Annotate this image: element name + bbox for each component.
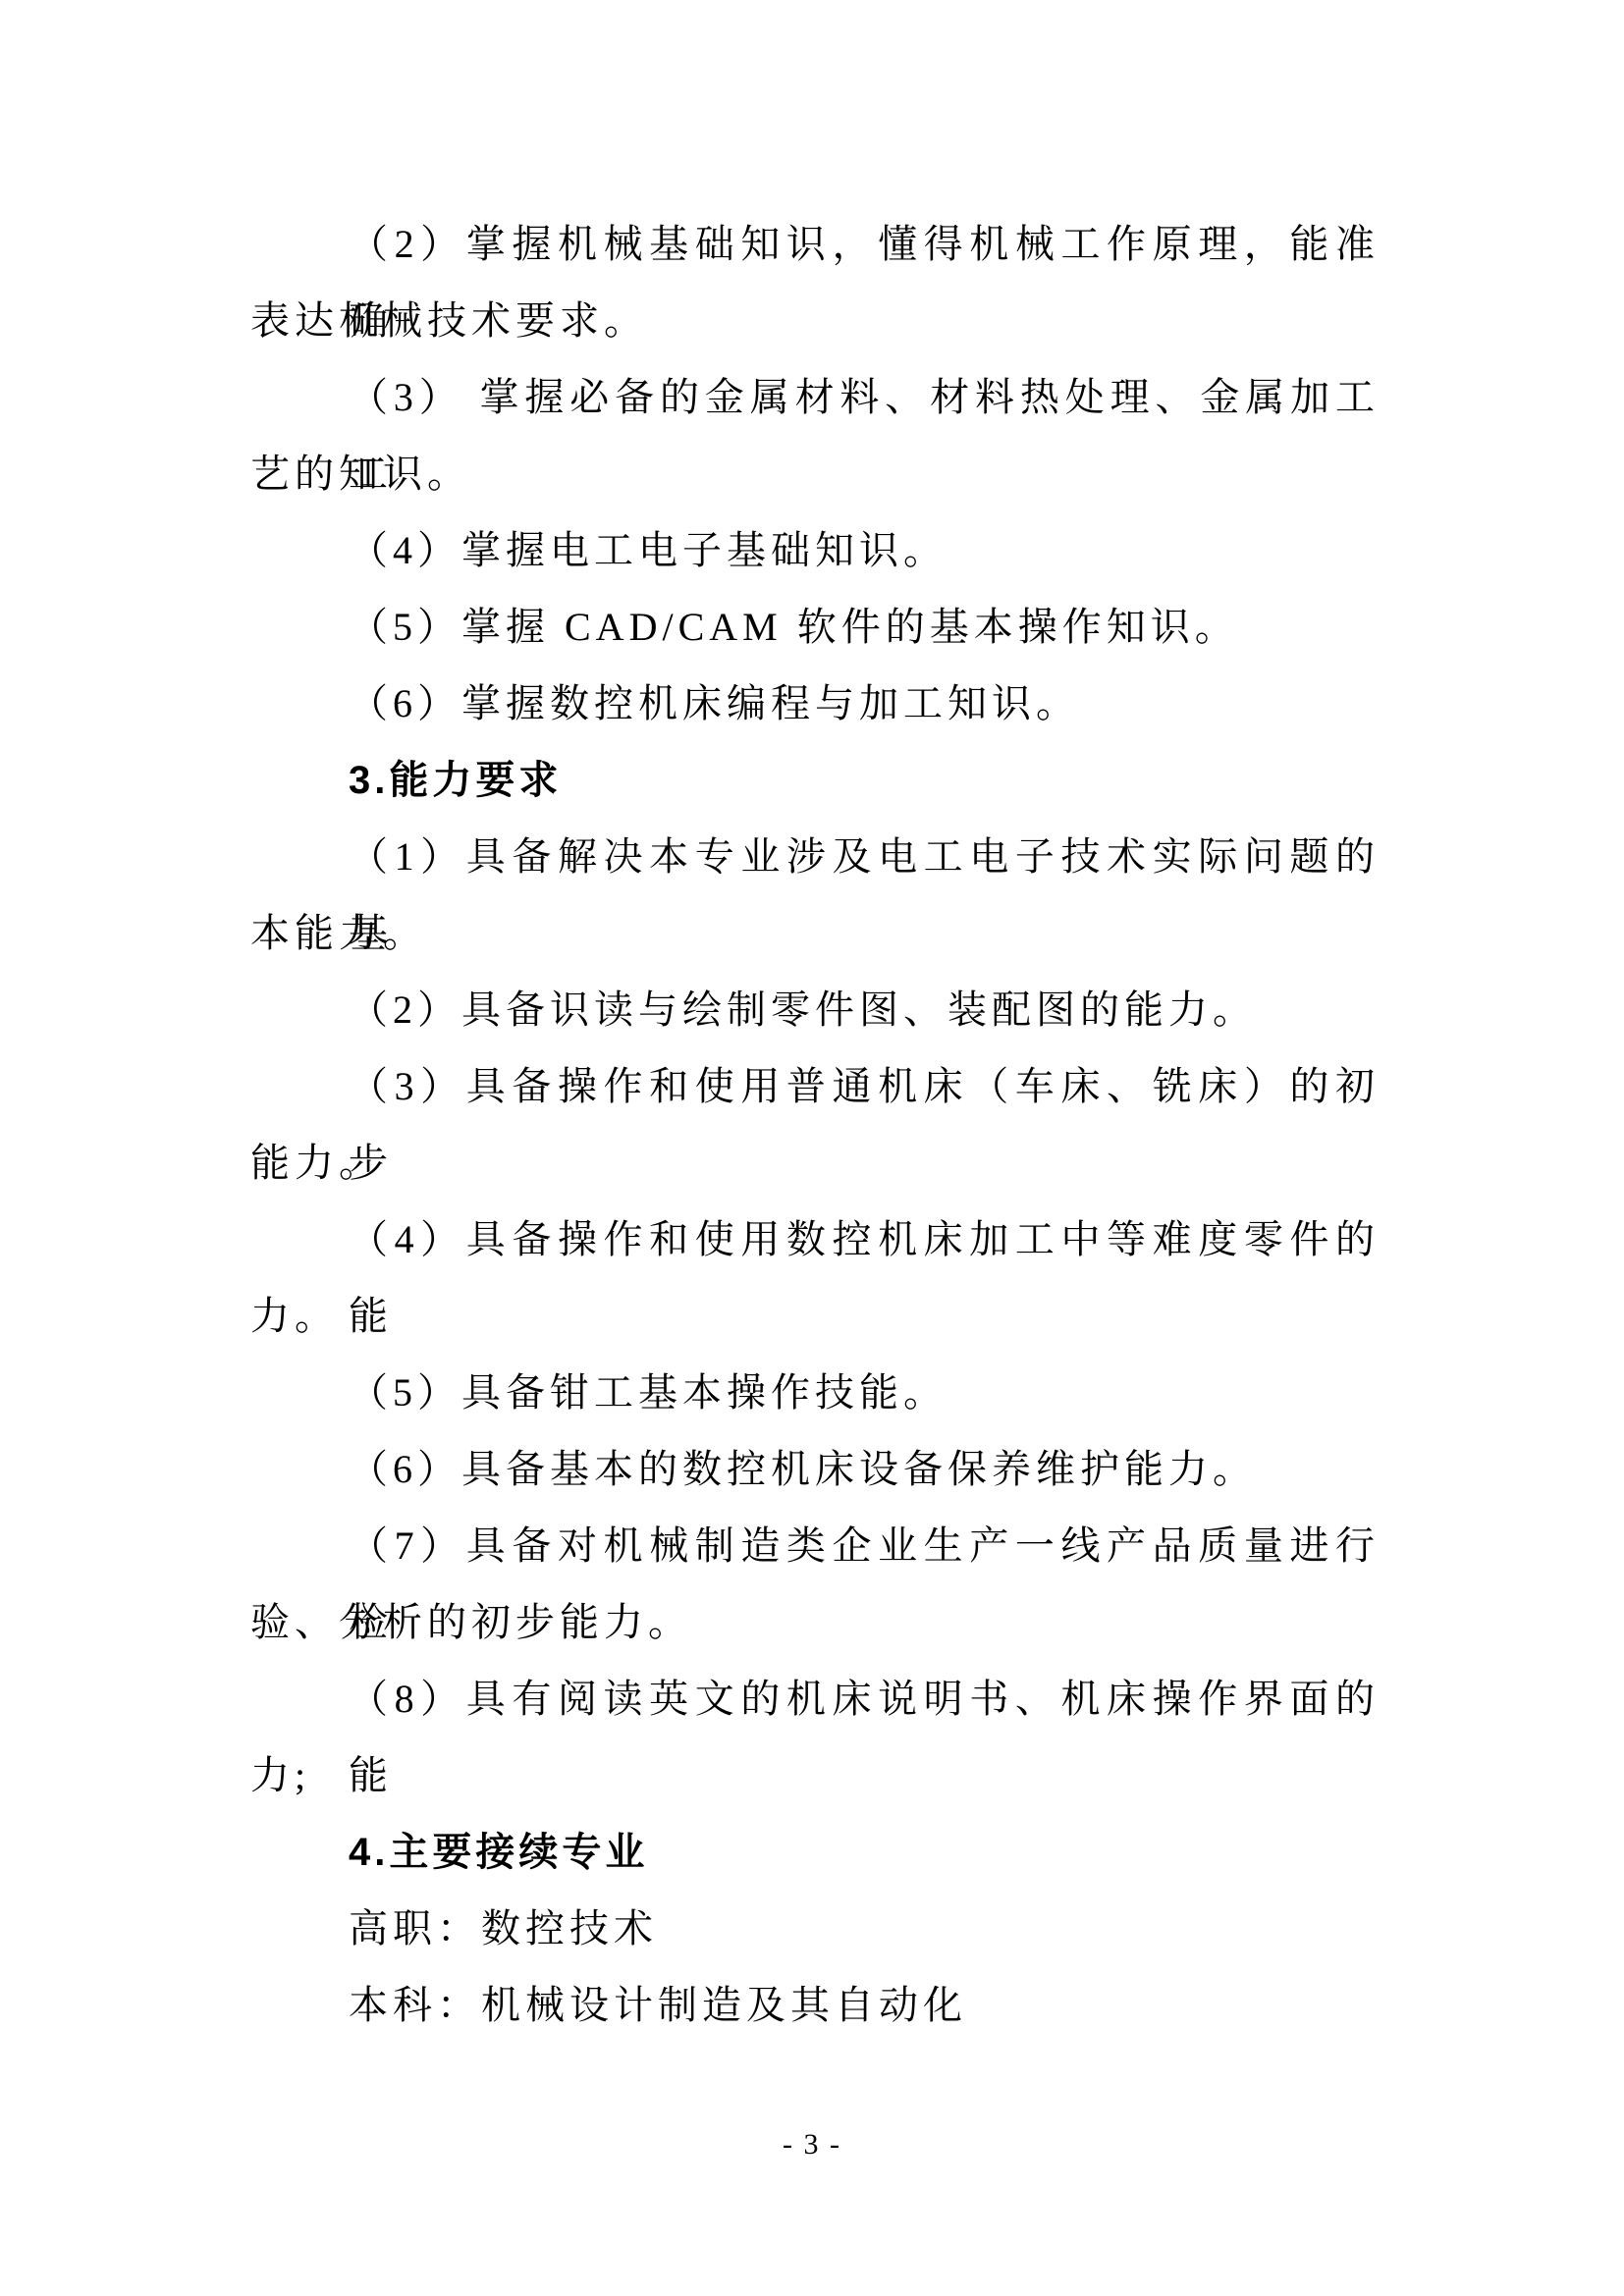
section-heading: 4.主要接续专业 xyxy=(250,1814,1380,1891)
document-line: 本科：机械设计制造及其自动化 xyxy=(250,1967,1380,2044)
document-line: （3） 掌握必备的金属材料、材料热处理、金属加工工 xyxy=(250,359,1380,436)
document-line: 本能力。 xyxy=(250,895,1380,972)
document-line: 力。 xyxy=(250,1278,1380,1355)
document-line: （3）具备操作和使用普通机床（车床、铣床）的初步 xyxy=(250,1048,1380,1125)
document-line: （7）具备对机械制造类企业生产一线产品质量进行检 xyxy=(250,1508,1380,1584)
document-line: 高职：数控技术 xyxy=(250,1891,1380,1967)
document-line: （8）具有阅读英文的机床说明书、机床操作界面的能 xyxy=(250,1661,1380,1737)
document-line: 艺的知识。 xyxy=(250,436,1380,512)
document-line: 力; xyxy=(250,1737,1380,1814)
document-body: （2）掌握机械基础知识，懂得机械工作原理，能准确表达机械技术要求。（3） 掌握必… xyxy=(250,206,1380,2044)
page-footer: - 3 - xyxy=(0,2128,1624,2162)
document-line: （5）掌握 CAD/CAM 软件的基本操作知识。 xyxy=(250,589,1380,666)
document-line: （2）具备识读与绘制零件图、装配图的能力。 xyxy=(250,972,1380,1048)
document-line: （6）掌握数控机床编程与加工知识。 xyxy=(250,666,1380,742)
document-line: （4）掌握电工电子基础知识。 xyxy=(250,512,1380,589)
document-line: （5）具备钳工基本操作技能。 xyxy=(250,1355,1380,1431)
document-line: 表达机械技术要求。 xyxy=(250,283,1380,359)
document-line: （1）具备解决本专业涉及电工电子技术实际问题的基 xyxy=(250,819,1380,895)
document-line: （4）具备操作和使用数控机床加工中等难度零件的能 xyxy=(250,1201,1380,1278)
document-line: 验、分析的初步能力。 xyxy=(250,1584,1380,1661)
document-page: （2）掌握机械基础知识，懂得机械工作原理，能准确表达机械技术要求。（3） 掌握必… xyxy=(0,0,1624,2296)
document-line: （2）掌握机械基础知识，懂得机械工作原理，能准确 xyxy=(250,206,1380,283)
page-number: - 3 - xyxy=(783,2128,841,2162)
document-line: 能力。 xyxy=(250,1125,1380,1201)
document-line: （6）具备基本的数控机床设备保养维护能力。 xyxy=(250,1431,1380,1508)
section-heading: 3.能力要求 xyxy=(250,742,1380,819)
